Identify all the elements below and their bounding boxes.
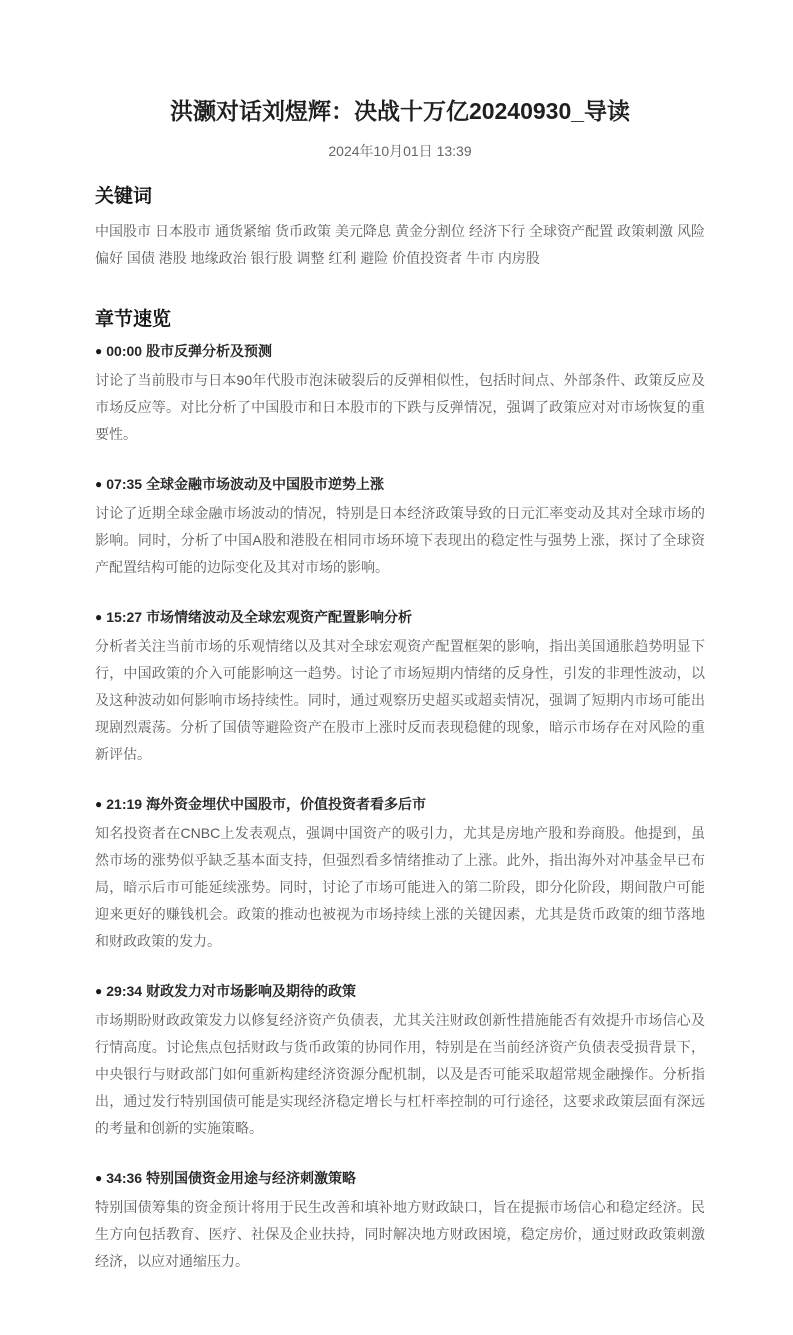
chapter-item: ●07:35全球金融市场波动及中国股市逆势上涨 讨论了近期全球金融市场波动的情况… bbox=[95, 474, 705, 581]
chapter-summary: 特别国债筹集的资金预计将用于民生改善和填补地方财政缺口，旨在提振市场信心和稳定经… bbox=[95, 1194, 705, 1275]
keywords-heading: 关键词 bbox=[95, 186, 705, 209]
chapter-heading: ●07:35全球金融市场波动及中国股市逆势上涨 bbox=[95, 474, 705, 495]
chapter-item: ●29:34财政发力对市场影响及期待的政策 市场期盼财政政策发力以修复经济资产负… bbox=[95, 981, 705, 1142]
chapter-title: 特别国债资金用途与经济刺激策略 bbox=[146, 1170, 356, 1186]
chapter-title: 股市反弹分析及预测 bbox=[146, 343, 272, 359]
bullet-icon: ● bbox=[95, 981, 102, 1001]
chapter-title: 财政发力对市场影响及期待的政策 bbox=[146, 983, 356, 999]
document-page: 洪灏对话刘煜辉：决战十万亿20240930_导读 2024年10月01日 13:… bbox=[95, 0, 705, 1335]
publish-date: 2024年10月01日 13:39 bbox=[95, 141, 705, 161]
chapter-summary: 讨论了当前股市与日本90年代股市泡沫破裂后的反弹相似性，包括时间点、外部条件、政… bbox=[95, 367, 705, 448]
chapter-summary: 讨论了近期全球金融市场波动的情况，特别是日本经济政策导致的日元汇率变动及其对全球… bbox=[95, 500, 705, 581]
bullet-icon: ● bbox=[95, 794, 102, 814]
chapter-title: 海外资金埋伏中国股市，价值投资者看多后市 bbox=[146, 796, 426, 812]
chapter-item: ●00:00股市反弹分析及预测 讨论了当前股市与日本90年代股市泡沫破裂后的反弹… bbox=[95, 341, 705, 448]
chapter-timestamp: 07:35 bbox=[106, 476, 142, 492]
chapter-timestamp: 15:27 bbox=[106, 609, 142, 625]
chapter-heading: ●29:34财政发力对市场影响及期待的政策 bbox=[95, 981, 705, 1002]
page-title: 洪灏对话刘煜辉：决战十万亿20240930_导读 bbox=[95, 97, 705, 126]
bullet-icon: ● bbox=[95, 341, 102, 361]
chapter-summary: 市场期盼财政政策发力以修复经济资产负债表，尤其关注财政创新性措施能否有效提升市场… bbox=[95, 1007, 705, 1142]
chapter-item: ●34:36特别国债资金用途与经济刺激策略 特别国债筹集的资金预计将用于民生改善… bbox=[95, 1168, 705, 1275]
chapter-heading: ●34:36特别国债资金用途与经济刺激策略 bbox=[95, 1168, 705, 1189]
chapter-summary: 知名投资者在CNBC上发表观点，强调中国资产的吸引力，尤其是房地产股和券商股。他… bbox=[95, 820, 705, 955]
chapter-title: 市场情绪波动及全球宏观资产配置影响分析 bbox=[146, 609, 412, 625]
keywords-text: 中国股市 日本股市 通货紧缩 货币政策 美元降息 黄金分割位 经济下行 全球资产… bbox=[95, 218, 705, 272]
bullet-icon: ● bbox=[95, 607, 102, 627]
chapter-heading: ●00:00股市反弹分析及预测 bbox=[95, 341, 705, 362]
bullet-icon: ● bbox=[95, 474, 102, 494]
chapter-list: ●00:00股市反弹分析及预测 讨论了当前股市与日本90年代股市泡沫破裂后的反弹… bbox=[95, 341, 705, 1275]
chapter-item: ●21:19海外资金埋伏中国股市，价值投资者看多后市 知名投资者在CNBC上发表… bbox=[95, 794, 705, 955]
chapter-summary: 分析者关注当前市场的乐观情绪以及其对全球宏观资产配置框架的影响，指出美国通胀趋势… bbox=[95, 633, 705, 768]
bullet-icon: ● bbox=[95, 1168, 102, 1188]
chapter-heading: ●15:27市场情绪波动及全球宏观资产配置影响分析 bbox=[95, 607, 705, 628]
chapter-timestamp: 00:00 bbox=[106, 343, 142, 359]
chapters-heading: 章节速览 bbox=[95, 309, 705, 332]
chapter-heading: ●21:19海外资金埋伏中国股市，价值投资者看多后市 bbox=[95, 794, 705, 815]
chapter-timestamp: 29:34 bbox=[106, 983, 142, 999]
chapter-item: ●15:27市场情绪波动及全球宏观资产配置影响分析 分析者关注当前市场的乐观情绪… bbox=[95, 607, 705, 768]
chapter-timestamp: 34:36 bbox=[106, 1170, 142, 1186]
chapter-title: 全球金融市场波动及中国股市逆势上涨 bbox=[146, 476, 384, 492]
chapter-timestamp: 21:19 bbox=[106, 796, 142, 812]
